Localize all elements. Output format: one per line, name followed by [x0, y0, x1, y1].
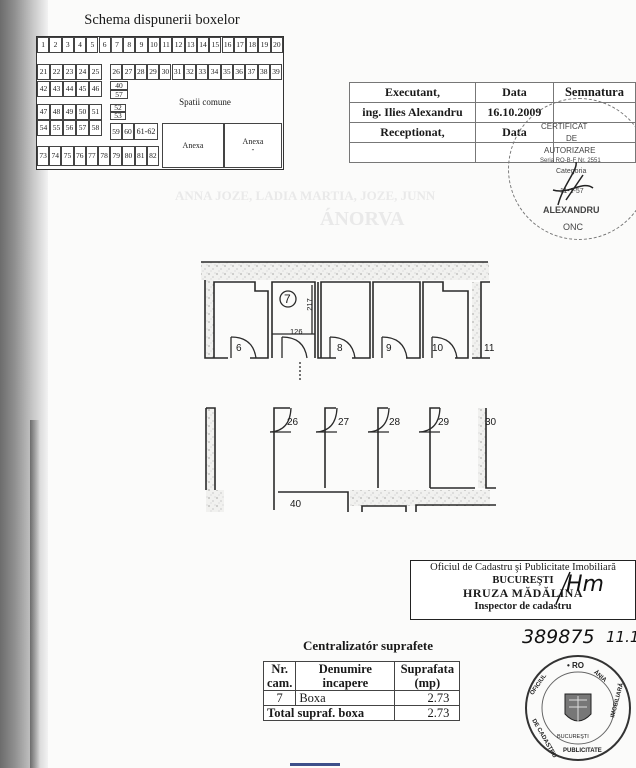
room-label: 27	[338, 417, 349, 428]
ocpi-stamp: • RO OFICIUL DE CADASTRU PUBLICITATE BUC…	[523, 652, 633, 764]
surface-summary-table: Nr.cam. Denumireincapere Suprafata(mp) 7…	[263, 661, 460, 721]
room-label: 28	[389, 417, 400, 428]
signature-stroke-icon	[548, 568, 578, 608]
scan-artifact-line	[290, 763, 340, 766]
svg-text:IMOBILIARĂ: IMOBILIARĂ	[609, 681, 625, 718]
room-label: 9	[386, 343, 392, 354]
row-nr: 7	[264, 691, 296, 706]
dimension-height: 217	[305, 298, 314, 311]
row-area: 2.73	[395, 691, 460, 706]
header-nr: Nr.cam.	[264, 662, 296, 691]
svg-text:BUCUREŞTI: BUCUREŞTI	[557, 734, 589, 740]
room-label: 30	[485, 417, 496, 428]
room-label: 29	[438, 417, 449, 428]
total-label: Total supraf. boxa	[264, 706, 395, 721]
header-name: Denumireincapere	[296, 662, 395, 691]
room-label: 26	[287, 417, 298, 428]
dimension-width: 126	[290, 327, 303, 336]
table-row: 7 Boxa 2.73	[264, 691, 460, 706]
svg-text:PUBLICITATE: PUBLICITATE	[563, 748, 602, 754]
room-label: 40	[290, 499, 301, 510]
total-row: Total supraf. boxa 2.73	[264, 706, 460, 721]
room-label: 10	[432, 343, 443, 354]
svg-text:• RO: • RO	[567, 661, 584, 670]
room-label: 11	[484, 343, 494, 354]
inspector-role: Inspector de cadastru	[411, 600, 635, 613]
row-name: Boxa	[296, 691, 395, 706]
total-value: 2.73	[395, 706, 460, 721]
room-label: 8	[337, 343, 343, 354]
header-area: Suprafata(mp)	[395, 662, 460, 691]
registration-number: 389875	[522, 626, 595, 648]
room-label-highlighted: 7	[284, 292, 291, 306]
room-label: 6	[236, 343, 242, 354]
registration-date: 11.1	[606, 628, 636, 646]
summary-title: Centralizatór suprafete	[268, 638, 468, 654]
svg-text:DE CADASTRU: DE CADASTRU	[530, 718, 557, 759]
